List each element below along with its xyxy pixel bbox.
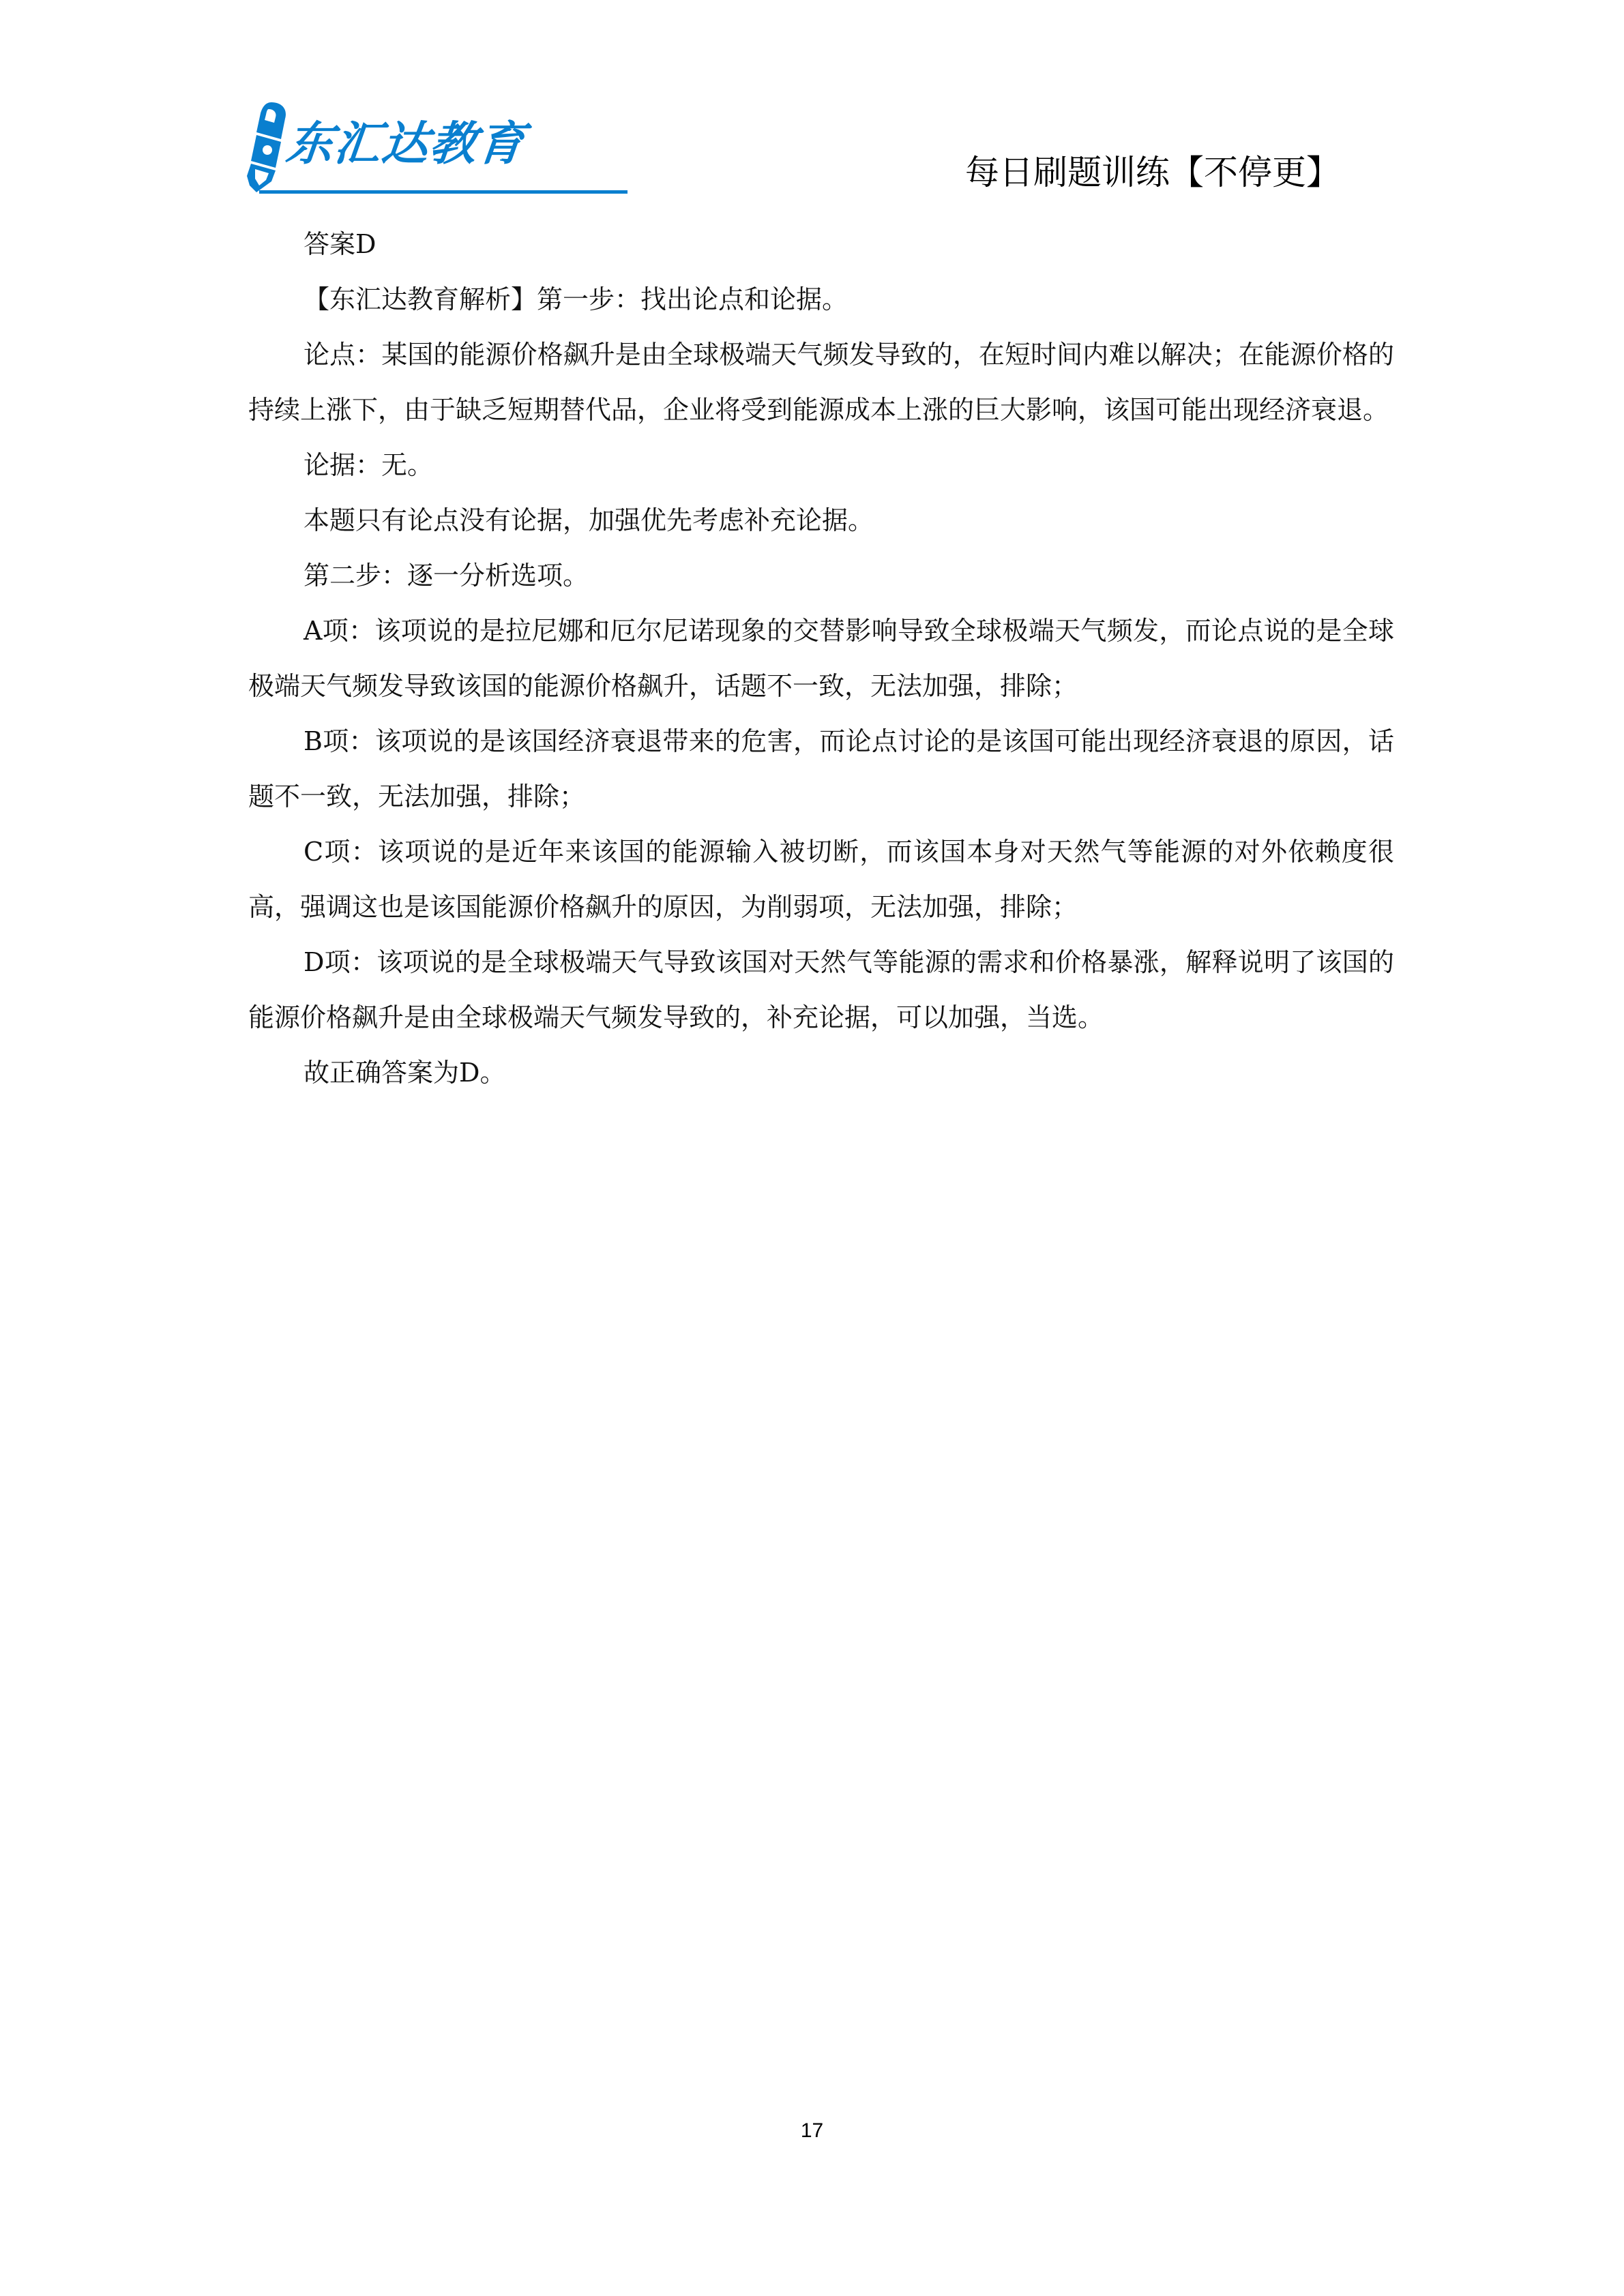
conclusion: 故正确答案为D。 bbox=[248, 1045, 1394, 1101]
analysis-heading: 【东汇达教育解析】第一步：找出论点和论据。 bbox=[248, 272, 1394, 327]
brand-name: 东汇达教育 bbox=[284, 121, 527, 168]
evidence-paragraph: 论据：无。 bbox=[248, 438, 1394, 493]
option-b-analysis: B项：该项说的是该国经济衰退带来的危害，而论点讨论的是该国可能出现经济衰退的原因… bbox=[248, 714, 1394, 824]
page-number: 17 bbox=[0, 2119, 1624, 2143]
option-d-analysis: D项：该项说的是全球极端天气导致该国对天然气等能源的需求和价格暴涨，解释说明了该… bbox=[248, 935, 1394, 1045]
option-a-analysis: A项：该项说的是拉尼娜和厄尔尼诺现象的交替影响导致全球极端天气频发，而论点说的是… bbox=[248, 603, 1394, 714]
option-c-analysis: C项：该项说的是近年来该国的能源输入被切断，而该国本身对天然气等能源的对外依赖度… bbox=[248, 824, 1394, 935]
logo-underline bbox=[259, 190, 628, 194]
document-page: 东汇达教育 每日刷题训练【不停更】 答案D 【东汇达教育解析】第一步：找出论点和… bbox=[0, 0, 1624, 2296]
step-two-heading: 第二步：逐一分析选项。 bbox=[248, 548, 1394, 603]
strategy-paragraph: 本题只有论点没有论据，加强优先考虑补充论据。 bbox=[248, 493, 1394, 548]
brand-logo: 东汇达教育 bbox=[244, 101, 628, 196]
answer-explanation: 答案D 【东汇达教育解析】第一步：找出论点和论据。 论点：某国的能源价格飙升是由… bbox=[248, 217, 1394, 1101]
header-title: 每日刷题训练【不停更】 bbox=[965, 155, 1340, 190]
argument-paragraph: 论点：某国的能源价格飙升是由全球极端天气频发导致的，在短时间内难以解决；在能源价… bbox=[248, 327, 1394, 438]
pencil-icon bbox=[244, 101, 292, 196]
answer-line: 答案D bbox=[248, 217, 1394, 272]
